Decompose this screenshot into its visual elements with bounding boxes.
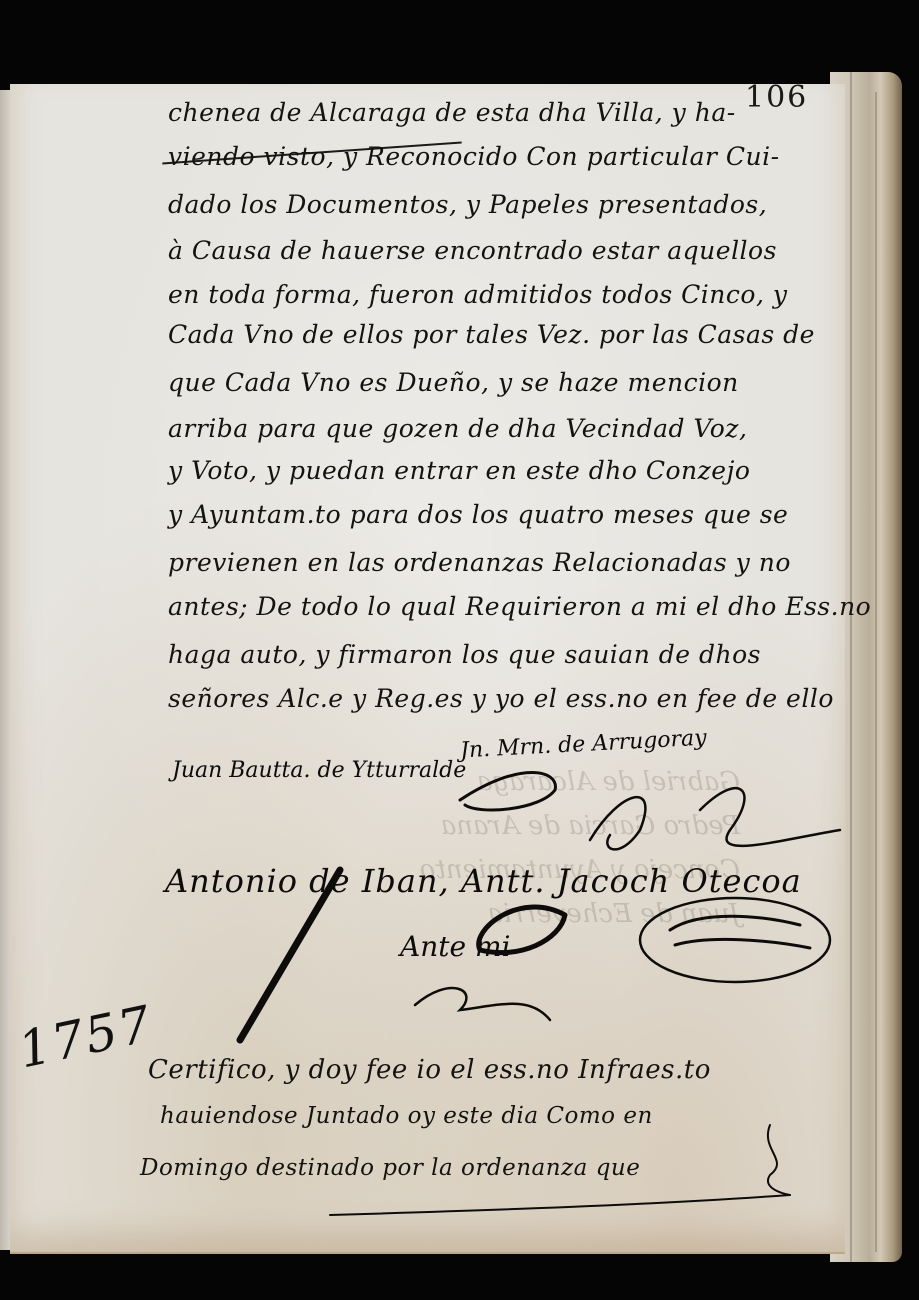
rubric-icon [670,916,810,948]
rubric-icon [415,988,550,1020]
rubric-icon [700,788,840,846]
closing-rule-icon [330,1195,790,1215]
rubric-stroke-icon [240,870,340,1040]
closing-bracket-icon [768,1125,790,1195]
rubric-icon [590,797,645,849]
certification-line: Certifico, y doy fee io el ess.no Infrae… [148,1055,711,1085]
rubric-icon [460,773,555,811]
certification-line: hauiendose Juntado oy este dia Como en [160,1103,653,1129]
rubric-icon [479,907,565,953]
certification-line: Domingo destinado por la ordenanza que [140,1155,640,1181]
